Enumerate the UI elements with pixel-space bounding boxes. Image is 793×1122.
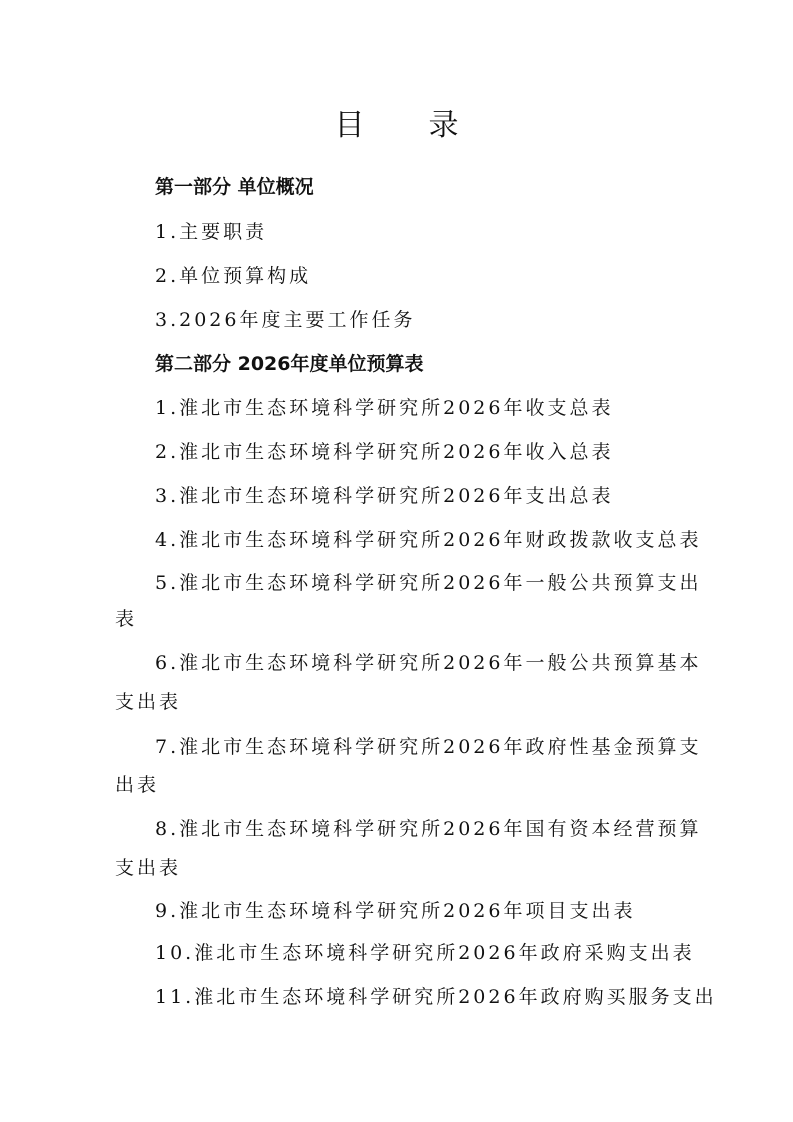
part2-heading: 第二部分 2026年度单位预算表 <box>0 352 793 376</box>
toc-item[interactable]: 3.淮北市生态环境科学研究所2026年支出总表 <box>0 484 793 508</box>
toc-item[interactable]: 9.淮北市生态环境科学研究所2026年项目支出表 <box>0 899 793 923</box>
toc-item[interactable]: 1.淮北市生态环境科学研究所2026年收支总表 <box>0 396 793 420</box>
toc-item[interactable]: 3.2026年度主要工作任务 <box>0 308 793 332</box>
toc-item[interactable]: 2.单位预算构成 <box>0 264 793 288</box>
toc-item[interactable]: 1.主要职责 <box>0 220 793 244</box>
toc-item[interactable]: 11.淮北市生态环境科学研究所2026年政府购买服务支出 <box>0 985 793 1009</box>
toc-item-continuation[interactable]: 支出表 <box>0 856 793 880</box>
toc-item[interactable]: 4.淮北市生态环境科学研究所2026年财政拨款收支总表 <box>0 528 793 552</box>
toc-item-continuation[interactable]: 表 <box>0 607 793 631</box>
page-title: 目录 <box>0 100 793 144</box>
toc-item[interactable]: 8.淮北市生态环境科学研究所2026年国有资本经营预算 <box>0 817 793 841</box>
toc-item-continuation[interactable]: 出表 <box>0 773 793 797</box>
title-char-1: 目 <box>335 100 365 144</box>
toc-item-continuation[interactable]: 支出表 <box>0 690 793 714</box>
title-char-2: 录 <box>429 100 459 144</box>
toc-item[interactable]: 2.淮北市生态环境科学研究所2026年收入总表 <box>0 440 793 464</box>
part1-heading: 第一部分 单位概况 <box>0 175 793 199</box>
toc-item[interactable]: 7.淮北市生态环境科学研究所2026年政府性基金预算支 <box>0 735 793 759</box>
toc-item[interactable]: 10.淮北市生态环境科学研究所2026年政府采购支出表 <box>0 941 793 965</box>
toc-item[interactable]: 6.淮北市生态环境科学研究所2026年一般公共预算基本 <box>0 651 793 675</box>
toc-item[interactable]: 5.淮北市生态环境科学研究所2026年一般公共预算支出 <box>0 571 793 595</box>
